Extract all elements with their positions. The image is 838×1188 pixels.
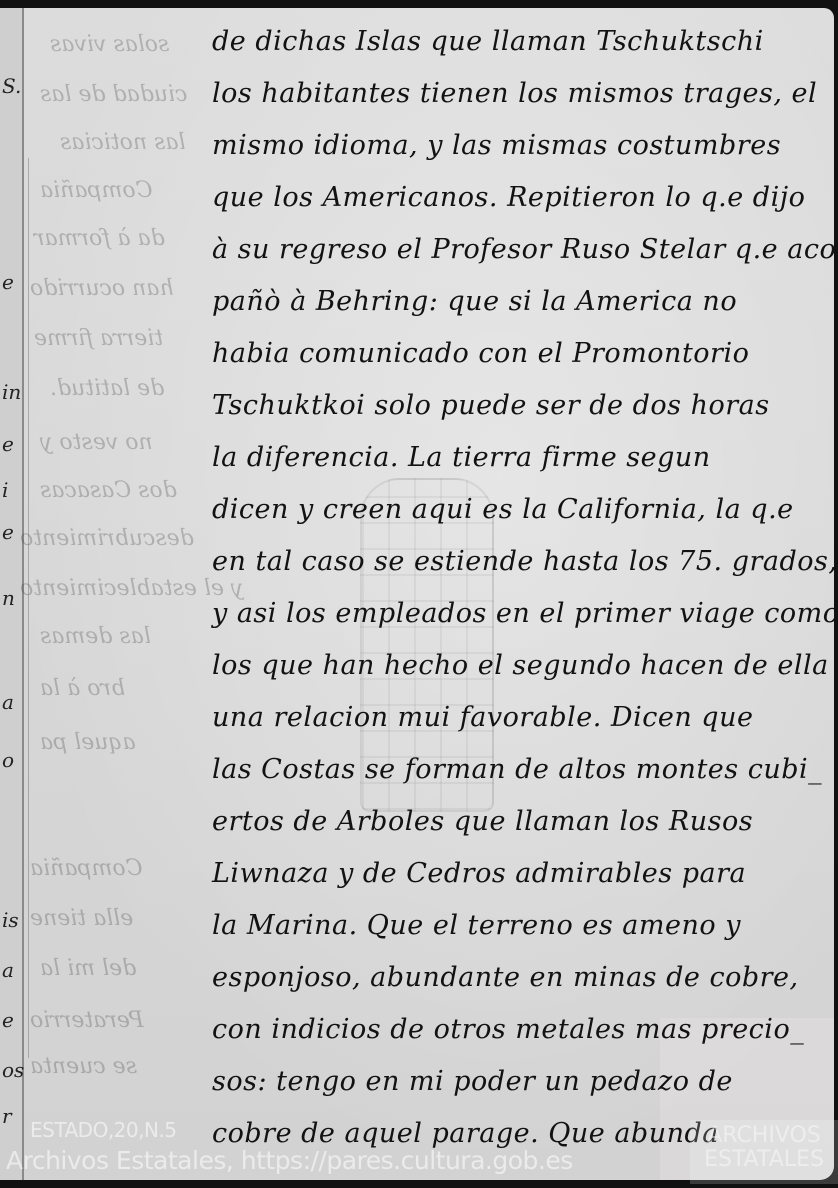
text-line: de dichas Islas que llaman Tschuktschi [212, 26, 764, 57]
bleed-through-text: bro à la [40, 676, 125, 701]
bleed-through-text: de latitud. [50, 376, 164, 401]
manuscript-page: S. e in e i e n a o is a e os r solas vi… [0, 8, 834, 1180]
margin-fragment: e [2, 520, 14, 544]
text-line: ertos de Arboles que llaman los Rusos [212, 806, 753, 837]
archive-source-watermark: Archivos Estatales, https://pares.cultur… [6, 1146, 573, 1175]
archive-logo-watermark: ARCHIVOS ESTATALES [690, 1120, 838, 1184]
bleed-through-text: las demas [40, 624, 151, 649]
margin-fragment: i [2, 478, 8, 502]
bleed-through-text: aquel pa [40, 730, 136, 755]
margin-fragment: r [2, 1104, 12, 1128]
text-line: los habitantes tienen los mismos trages,… [212, 78, 817, 109]
bleed-through-text: solas vivas [50, 32, 169, 57]
text-line: las Costas se forman de altos montes cub… [212, 754, 822, 785]
bleed-through-text: las noticias [60, 130, 186, 155]
bleed-through-text: han ocurrido [30, 276, 174, 301]
text-line: la Marina. Que el terreno es ameno y [212, 910, 741, 941]
bleed-through-text: del mi la [40, 956, 136, 981]
margin-fragment: e [2, 270, 14, 294]
margin-fragment: a [2, 690, 14, 714]
archive-reference-watermark: ESTADO,20,N.5 [30, 1118, 177, 1142]
bleed-through-text: ella tiene [30, 906, 133, 931]
text-line: esponjoso, abundante en minas de cobre, [212, 962, 799, 993]
text-line: sos: tengo en mi poder un pedazo de [212, 1066, 733, 1097]
bleed-through-text: dos Casacas [40, 478, 177, 503]
text-line: y asi los empleados en el primer viage c… [212, 598, 834, 629]
margin-fragment: os [2, 1058, 24, 1082]
text-line: una relacion mui favorable. Dicen que [212, 702, 753, 733]
text-line: con indicios de otros metales mas precio… [212, 1014, 804, 1045]
margin-fragment: is [2, 908, 19, 932]
page-fold-line [28, 158, 29, 1058]
margin-fragment: o [2, 748, 14, 772]
text-line: dicen y creen aqui es la California, la … [212, 494, 794, 525]
text-line: en tal caso se estiende hasta los 75. gr… [212, 546, 834, 577]
text-line: mismo idioma, y las mismas costumbres [212, 130, 781, 161]
margin-fragment: in [2, 380, 21, 404]
text-line: pañò à Behring: que si la America no [212, 286, 737, 317]
bleed-through-text: no vesto y [40, 430, 153, 455]
bleed-through-text: da à formar [34, 226, 165, 251]
bleed-through-text: Peraterrio [30, 1008, 144, 1033]
bleed-through-text: Compañia [30, 856, 142, 881]
bleed-through-text: y el establecimiento [20, 576, 243, 601]
text-line: Liwnaza y de Cedros admirables para [212, 858, 746, 889]
margin-fragment: e [2, 432, 14, 456]
bleed-through-text: ciudad de las [40, 82, 187, 107]
bleed-through-text: tierra firme [34, 326, 163, 351]
text-line: que los Americanos. Repitieron lo q.e di… [212, 182, 805, 213]
margin-fragment: n [2, 586, 15, 610]
text-line: cobre de aquel parage. Que abunda [212, 1118, 719, 1149]
text-line: habia comunicado con el Promontorio [212, 338, 749, 369]
margin-fragment: a [2, 958, 14, 982]
text-line: los que han hecho el segundo hacen de el… [212, 650, 829, 681]
bleed-through-text: descubrimiento [20, 526, 194, 551]
margin-fragment: e [2, 1008, 14, 1032]
bleed-through-text: se cuenta [30, 1054, 137, 1079]
text-line: la diferencia. La tierra firme segun [212, 442, 711, 473]
bleed-through-text: Compañia [40, 178, 152, 203]
margin-fragment: S. [2, 74, 21, 98]
text-line: Tschuktkoi solo puede ser de dos horas [212, 390, 770, 421]
text-line: à su regreso el Profesor Ruso Stelar q.e… [212, 234, 834, 265]
